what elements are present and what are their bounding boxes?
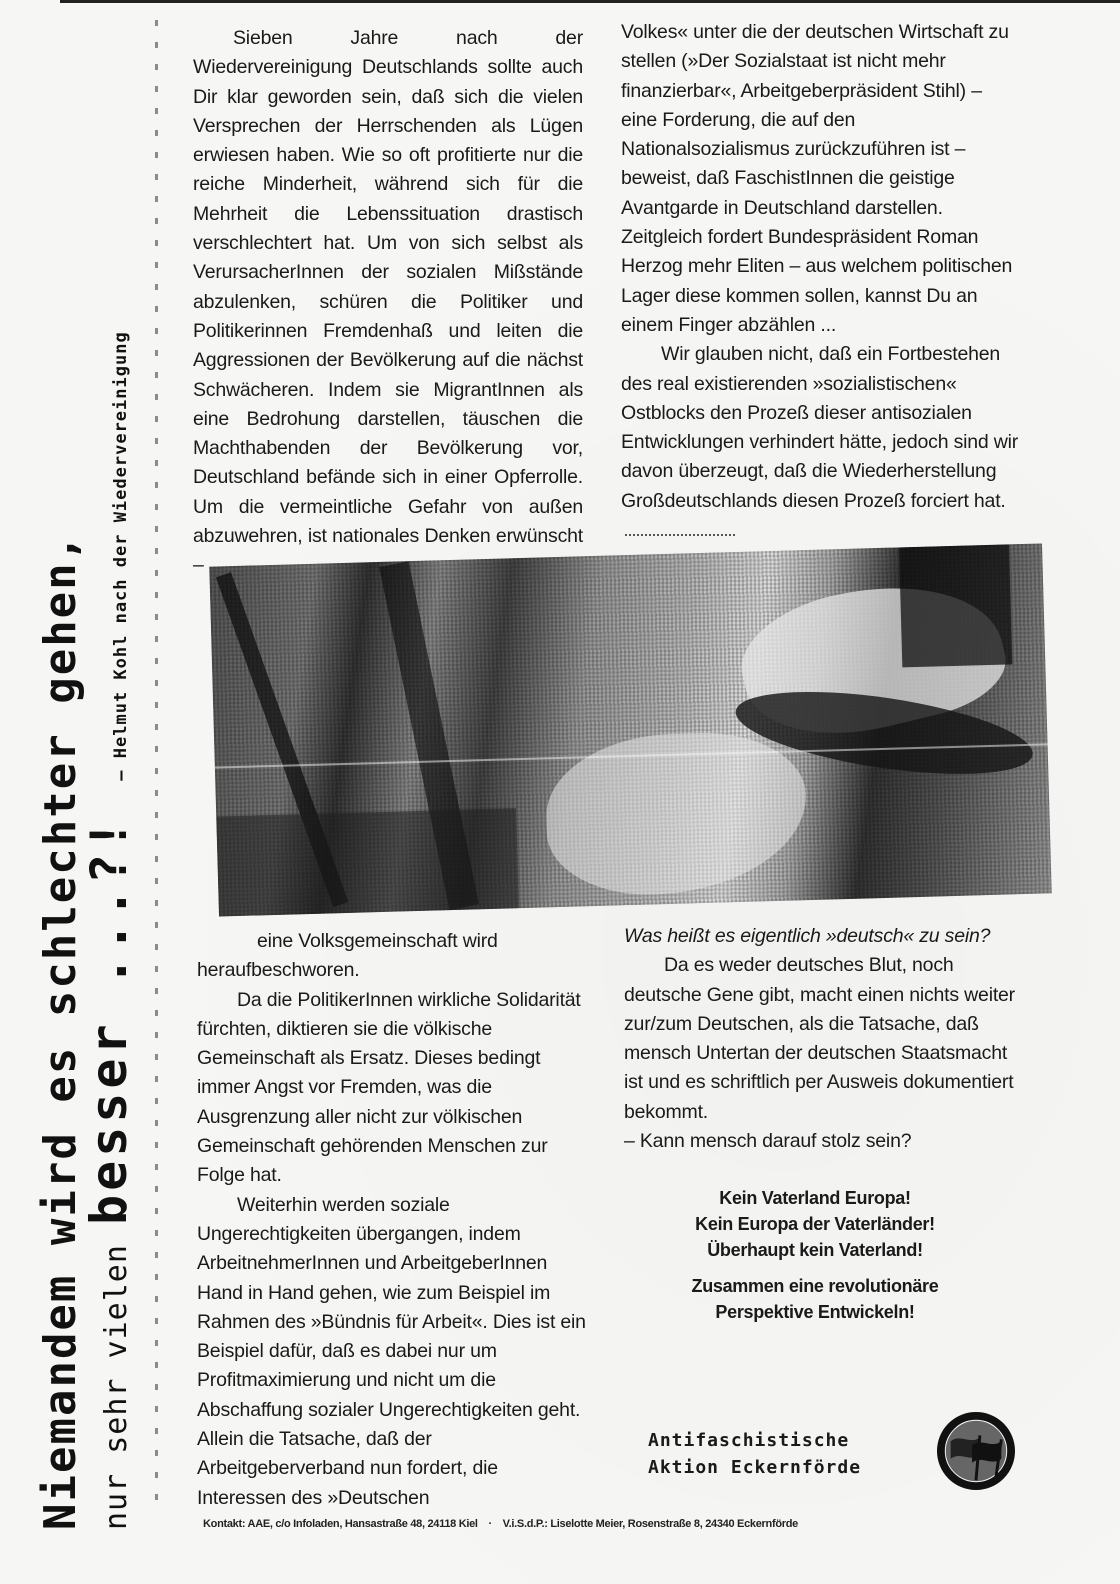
photo-detail (899, 544, 1012, 667)
slogan: Perspektive Entwickeln! (640, 1299, 990, 1325)
signature: Antifaschistische Aktion Eckernförde (648, 1427, 861, 1481)
antifa-flag-logo-icon (937, 1412, 1015, 1490)
slogan: Kein Europa der Vaterländer! (640, 1211, 990, 1237)
dotted-divider (152, 20, 160, 1500)
title-line-1: Niemandem wird es schlechter gehen, (35, 533, 86, 1530)
dotted-underline (625, 534, 735, 536)
signature-line-2: Aktion Eckernförde (648, 1454, 861, 1481)
paragraph-text: Wir glauben nicht, daß ein Fortbestehen … (621, 343, 1018, 511)
paragraph: Weiterhin werden soziale Ungerechtigkeit… (197, 1191, 592, 1513)
slogans: Kein Vaterland Europa! Kein Europa der V… (640, 1185, 990, 1325)
footer: Kontakt: AAE, c/o Infoladen, Hansastraße… (203, 1518, 993, 1530)
title-line-2: nur sehr vielen besser ...?! – Helmut Ko… (80, 331, 138, 1530)
column-top-right: Volkes« unter die der deutschen Wirtscha… (621, 18, 1021, 545)
paragraph: Da es weder deutsches Blut, noch deutsch… (624, 951, 1024, 1127)
title-attribution: – Helmut Kohl nach der Wiedervereinigung (111, 331, 131, 780)
slogan: Kein Vaterland Europa! (640, 1185, 990, 1211)
slogan: Überhaupt kein Vaterland! (640, 1237, 990, 1263)
column-bottom-left: eine Volksgemeinschaft wird heraufbeschw… (197, 927, 592, 1513)
top-border (60, 0, 1120, 3)
signature-line-1: Antifaschistische (648, 1427, 861, 1454)
title-line-2-prefix: nur sehr vielen (99, 1244, 134, 1530)
vertical-title-area: Niemandem wird es schlechter gehen, nur … (0, 0, 180, 1584)
subheading: Was heißt es eigentlich »deutsch« zu sei… (624, 922, 1024, 951)
footer-visdp: V.i.S.d.P.: Liselotte Meier, Rosenstraße… (503, 1518, 798, 1530)
title-line-2-emphasis: besser ...?! (80, 816, 138, 1225)
paragraph: Wir glauben nicht, daß ein Fortbestehen … (621, 340, 1021, 545)
column-top-left: Sieben Jahre nach der Wiedervereinigung … (193, 24, 583, 581)
photo-detail (216, 808, 519, 916)
paragraph: Sieben Jahre nach der Wiedervereinigung … (193, 24, 583, 581)
paragraph: – Kann mensch darauf stolz sein? (624, 1127, 1024, 1156)
paragraph: Volkes« unter die der deutschen Wirtscha… (621, 18, 1021, 340)
footer-contact: Kontakt: AAE, c/o Infoladen, Hansastraße… (203, 1518, 478, 1530)
footer-separator: · (488, 1518, 491, 1530)
paragraph: eine Volksgemeinschaft wird heraufbeschw… (197, 927, 592, 986)
paragraph: Da die PolitikerInnen wirkliche Solidari… (197, 986, 592, 1191)
slogan: Zusammen eine revolutionäre (640, 1273, 990, 1299)
halftone-photo (209, 543, 1051, 916)
flyer-page: Niemandem wird es schlechter gehen, nur … (0, 0, 1120, 1584)
column-bottom-right: Was heißt es eigentlich »deutsch« zu sei… (624, 922, 1024, 1156)
